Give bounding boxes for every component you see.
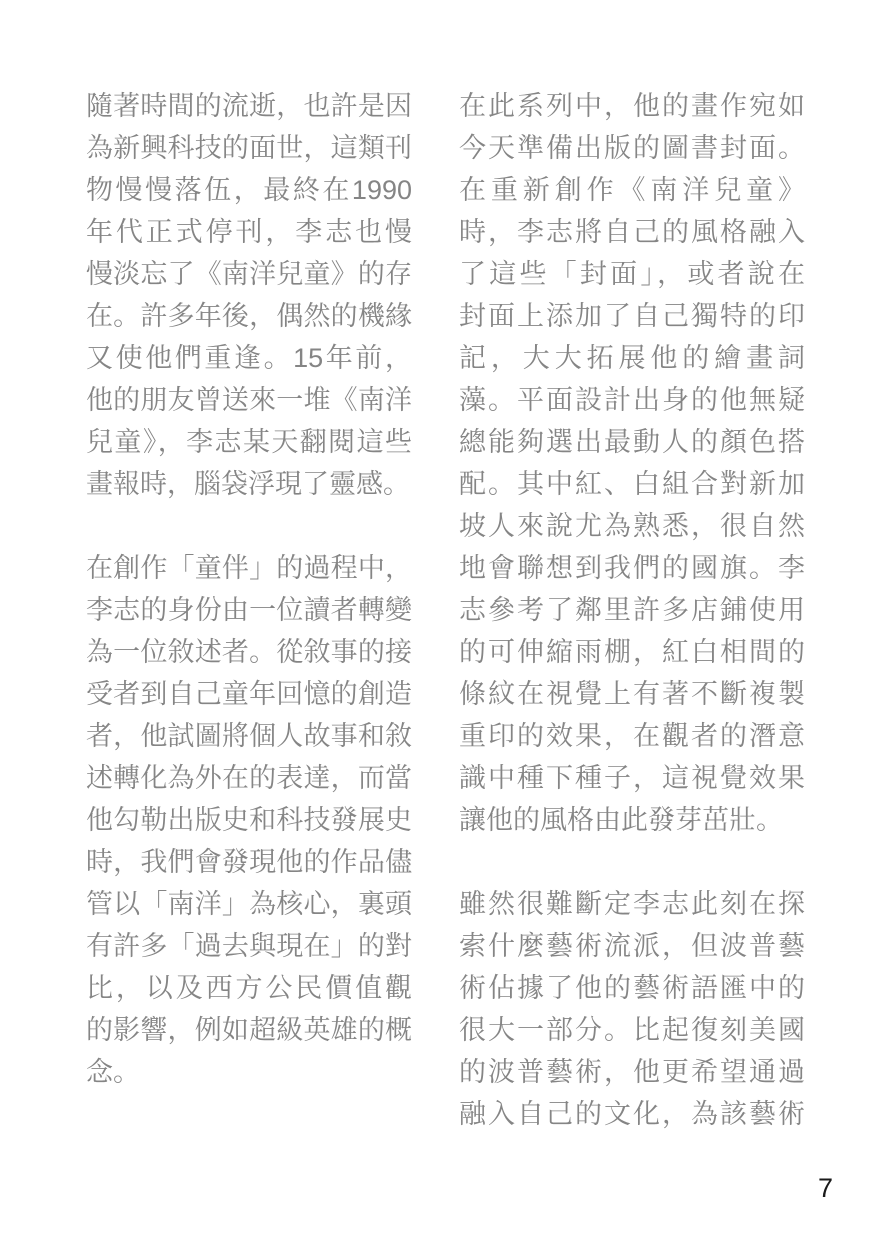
text-line: 索什麼藝術流派，但波普藝 [459, 925, 805, 967]
text-line: 在此系列中，他的畫作宛如 [459, 85, 805, 127]
text-line: 管以「南洋」為核心，裏頭 [86, 883, 412, 925]
text-line: 總能夠選出最動人的顏色搭 [459, 421, 805, 463]
column-left: 隨著時間的流逝，也許是因為新興科技的面世，這類刊物慢慢落伍，最終在1990年代正… [86, 85, 412, 1135]
paragraph: 在創作「童伴」的過程中，李志的身份由一位讀者轉變為一位敘述者。從敘事的接受者到自… [86, 547, 412, 1093]
text-line: 受者到自己童年回憶的創造 [86, 673, 412, 715]
text-line: 李志的身份由一位讀者轉變 [86, 589, 412, 631]
column-right: 在此系列中，他的畫作宛如今天準備出版的圖書封面。在重新創作《南洋兒童》時，李志將… [459, 85, 805, 1177]
text-line: 的可伸縮雨棚，紅白相間的 [459, 631, 805, 673]
text-line: 融入自己的文化，為該藝術 [459, 1093, 805, 1135]
page-number: 7 [818, 1172, 833, 1204]
text-line: 為新興科技的面世，這類刊 [86, 127, 412, 169]
paragraph: 在此系列中，他的畫作宛如今天準備出版的圖書封面。在重新創作《南洋兒童》時，李志將… [459, 85, 805, 841]
paragraph: 隨著時間的流逝，也許是因為新興科技的面世，這類刊物慢慢落伍，最終在1990年代正… [86, 85, 412, 505]
text-line: 年代正式停刊，李志也慢 [86, 211, 412, 253]
text-line: 兒童》，李志某天翻閱這些 [86, 421, 412, 463]
text-line: 讓他的風格由此發芽茁壯。 [459, 799, 805, 841]
text-line: 慢淡忘了《南洋兒童》的存 [86, 253, 412, 295]
text-line: 又使他們重逢。15年前， [86, 337, 412, 379]
text-line: 條紋在視覺上有著不斷複製 [459, 673, 805, 715]
document-page: 隨著時間的流逝，也許是因為新興科技的面世，這類刊物慢慢落伍，最終在1990年代正… [0, 0, 874, 1240]
text-line: 今天準備出版的圖書封面。 [459, 127, 805, 169]
text-line: 有許多「過去與現在」的對 [86, 925, 412, 967]
paragraph: 雖然很難斷定李志此刻在探索什麼藝術流派，但波普藝術佔據了他的藝術語匯中的很大一部… [459, 883, 805, 1135]
text-line: 雖然很難斷定李志此刻在探 [459, 883, 805, 925]
text-line: 在重新創作《南洋兒童》 [459, 169, 805, 211]
text-line: 比，以及西方公民價值觀 [86, 967, 412, 1009]
text-line: 物慢慢落伍，最終在1990 [86, 169, 412, 211]
text-line: 在創作「童伴」的過程中， [86, 547, 412, 589]
text-line: 志參考了鄰里許多店鋪使用 [459, 589, 805, 631]
text-line: 很大一部分。比起復刻美國 [459, 1009, 805, 1051]
text-line: 時，李志將自己的風格融入 [459, 211, 805, 253]
text-line: 他的朋友曾送來一堆《南洋 [86, 379, 412, 421]
text-line: 地會聯想到我們的國旗。李 [459, 547, 805, 589]
text-line: 了這些「封面」，或者說在 [459, 253, 805, 295]
text-line: 時，我們會發現他的作品儘 [86, 841, 412, 883]
text-line: 他勾勒出版史和科技發展史 [86, 799, 412, 841]
text-line: 配。其中紅、白組合對新加 [459, 463, 805, 505]
text-line: 的影響，例如超級英雄的概 [86, 1009, 412, 1051]
text-line: 畫報時，腦袋浮現了靈感。 [86, 463, 412, 505]
text-line: 識中種下種子，這視覺效果 [459, 757, 805, 799]
text-line: 隨著時間的流逝，也許是因 [86, 85, 412, 127]
text-line: 為一位敘述者。從敘事的接 [86, 631, 412, 673]
text-line: 的波普藝術，他更希望通過 [459, 1051, 805, 1093]
text-line: 記，大大拓展他的繪畫詞 [459, 337, 805, 379]
text-line: 術佔據了他的藝術語匯中的 [459, 967, 805, 1009]
text-line: 在。許多年後，偶然的機緣 [86, 295, 412, 337]
text-line: 述轉化為外在的表達，而當 [86, 757, 412, 799]
text-line: 封面上添加了自己獨特的印 [459, 295, 805, 337]
text-line: 重印的效果，在觀者的潛意 [459, 715, 805, 757]
text-line: 藻。平面設計出身的他無疑 [459, 379, 805, 421]
text-line: 坡人來說尤為熟悉，很自然 [459, 505, 805, 547]
text-line: 念。 [86, 1051, 412, 1093]
text-line: 者，他試圖將個人故事和敘 [86, 715, 412, 757]
